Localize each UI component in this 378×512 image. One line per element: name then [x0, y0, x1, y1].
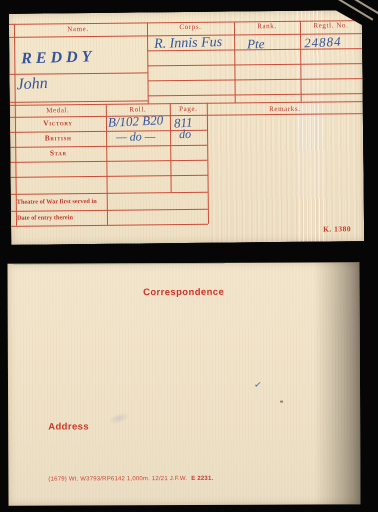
rank-column-header: Rank. — [234, 22, 300, 31]
page-column-header: Page. — [170, 105, 207, 113]
name-column-header: Name. — [9, 24, 147, 33]
medal-row-label-victory: Victory — [10, 118, 106, 128]
victory-roll-entry: B/102 B20 — [108, 112, 164, 130]
rule — [10, 145, 207, 148]
scanned-medal-index-card-page: Name. Corps. Rank. Regtl. No. Medal. Rol… — [0, 0, 378, 512]
scan-shadow-band — [313, 262, 360, 504]
speck — [280, 401, 283, 403]
printer-imprint-code: E 2231. — [191, 476, 213, 482]
surname-entry: REDDY — [21, 48, 96, 68]
rank-entry: Pte — [247, 36, 264, 52]
rule — [170, 103, 172, 192]
british-roll-entry: — do — — [116, 129, 155, 144]
regimental-number-entry: 24884 — [304, 34, 342, 52]
forename-entry: John — [16, 75, 48, 94]
rule — [10, 160, 207, 163]
blue-ink-tick: ✓ — [253, 380, 262, 391]
medal-row-label-british: British — [10, 133, 106, 143]
ink-smudge — [107, 410, 131, 427]
corps-column-header: Corps. — [147, 22, 234, 31]
corps-entry: R. Innis Fus — [154, 35, 222, 53]
rule — [9, 72, 147, 74]
medal-column-header: Medal. — [10, 106, 106, 115]
date-of-entry-label: Date of entry therein — [17, 214, 73, 222]
theatre-of-war-label: Theatre of War first served in — [17, 198, 97, 206]
medal-index-card-reverse: Correspondence Address ✓ (1679) Wt. W379… — [7, 262, 360, 506]
medal-index-card: Name. Corps. Rank. Regtl. No. Medal. Rol… — [9, 10, 364, 245]
medal-row-label-star: Star — [10, 148, 106, 158]
rule — [11, 209, 208, 212]
regimental-number-column-header: Regtl. No. — [300, 21, 362, 30]
printer-imprint-text: (1679) Wt. W3793/RP6142 1,000m. 12/21 J.… — [48, 476, 187, 483]
printer-imprint: (1679) Wt. W3793/RP6142 1,000m. 12/21 J.… — [48, 476, 213, 483]
rule — [10, 100, 148, 102]
rule — [11, 224, 208, 227]
remarks-column-header: Remarks. — [207, 104, 363, 114]
rule — [207, 103, 209, 224]
rule — [11, 175, 208, 178]
address-label: Address — [48, 421, 89, 432]
form-code: K. 1380 — [323, 224, 351, 233]
scan-edge-artifact — [13, 263, 224, 265]
rule — [11, 192, 208, 195]
british-page-entry: do — [179, 127, 191, 142]
correspondence-heading: Correspondence — [8, 286, 360, 299]
